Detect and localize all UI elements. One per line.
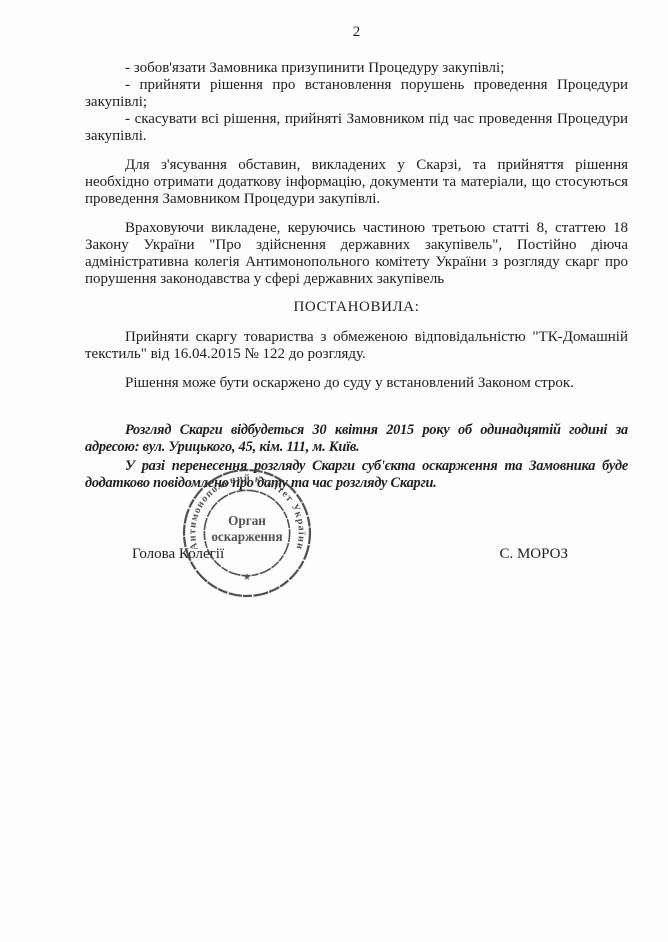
page-number: 2 [85, 24, 628, 41]
paragraph-legal-basis: Враховуючи викладене, керуючись частиною… [85, 220, 628, 288]
paragraph-appeal-right: Рішення може бути оскаржено до суду у вс… [85, 375, 628, 392]
obligation-list: - зобов'язати Замовника призупинити Проц… [85, 60, 628, 145]
document-page: 2 - зобов'язати Замовника призупинити Пр… [0, 0, 668, 942]
official-stamp: Антимонопольний комітет України Орган ос… [182, 468, 312, 598]
paragraph-clarification: Для з'ясування обставин, викладених у Ск… [85, 157, 628, 208]
signature-row: Голова Колегії С. МОРОЗ [85, 546, 628, 563]
paragraph-accept-complaint: Прийняти скаргу товариства з обмеженою в… [85, 329, 628, 363]
resolution-heading: ПОСТАНОВИЛА: [85, 299, 628, 316]
stamp-graphic: Антимонопольний комітет України Орган ос… [182, 468, 312, 598]
document-content: 2 - зобов'язати Замовника призупинити Пр… [0, 0, 668, 563]
paragraph-hearing-date: Розгляд Скарги відбудеться 30 квітня 201… [85, 422, 628, 456]
list-item: - скасувати всі рішення, прийняті Замовн… [85, 111, 628, 145]
paragraph-postponement-notice: У разі перенесення розгляду Скарги суб'є… [85, 458, 628, 492]
list-item: - зобов'язати Замовника призупинити Проц… [85, 60, 628, 77]
signatory-name: С. МОРОЗ [499, 546, 568, 563]
stamp-star-icon: ★ [242, 573, 251, 582]
stamp-center-line1: Орган [228, 513, 266, 528]
stamp-center-line2: оскарження [211, 529, 282, 544]
list-item: - прийняти рішення про встановлення пору… [85, 77, 628, 111]
